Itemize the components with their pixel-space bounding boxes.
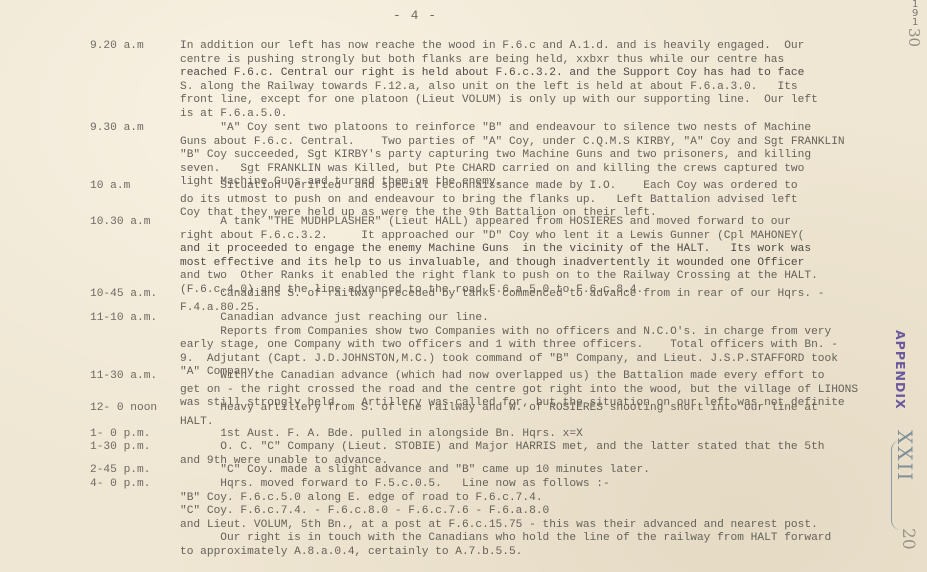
text-line: "B" Coy. F.6.c.5.0 along E. edge of road… xyxy=(180,492,870,506)
appendix-stamp: APPENDIX xyxy=(893,330,908,410)
entry-time: 4- 0 p.m. xyxy=(90,478,175,492)
entry-text: 1st Aust. F. A. Bde. pulled in alongside… xyxy=(180,428,870,442)
entry-time: 9.20 a.m xyxy=(90,40,175,54)
text-line: A tank "THE MUDHPLASHER" (Lieut HALL) ap… xyxy=(180,216,870,230)
text-line: right about F.6.c.3.2. It approached our… xyxy=(180,230,870,244)
text-line: Canadian advance just reaching our line. xyxy=(180,312,870,326)
text-line: early stage, one Company with two office… xyxy=(180,339,870,353)
folio-number: 30 xyxy=(905,28,923,47)
text-line: 1st Aust. F. A. Bde. pulled in alongside… xyxy=(180,428,870,442)
text-line: "C" Coy. made a slight advance and "B" c… xyxy=(180,464,870,478)
text-line: "B" Coy succeeded, Sgt KIRBY's party cap… xyxy=(180,149,870,163)
entry-text: Heavy artillery from S. of the railway a… xyxy=(180,402,870,429)
entry-text: Situation verified and special reconnais… xyxy=(180,180,870,221)
text-line: 9. Adjutant (Capt. J.D.JOHNSTON,M.C.) to… xyxy=(180,353,870,367)
entry-time: 1-30 p.m. xyxy=(90,441,175,455)
entry-text: A tank "THE MUDHPLASHER" (Lieut HALL) ap… xyxy=(180,216,870,298)
text-line: and two Other Ranks it enabled the right… xyxy=(180,270,870,284)
text-line: seven. Sgt FRANKLIN was Killed, but Pte … xyxy=(180,163,870,177)
text-line: reached F.6.c. Central our right is held… xyxy=(180,67,870,81)
page-number: - 4 - xyxy=(393,8,437,23)
text-line: O. C. "C" Company (Lieut. STOBIE) and Ma… xyxy=(180,441,870,455)
entry-time: 10.30 a.m xyxy=(90,216,175,230)
text-line: Hqrs. moved forward to F.5.c.0.5. Line n… xyxy=(180,478,870,492)
entry-time: 10 a.m xyxy=(90,180,175,194)
text-line: "C" Coy. F.6.c.7.4. - F.6.c.8.0 - F.6.c.… xyxy=(180,505,870,519)
entry-time: 1- 0 p.m. xyxy=(90,428,175,442)
text-line: centre is pushing strongly but both flan… xyxy=(180,54,870,68)
text-line: and Lieut. VOLUM, 5th Bn., at a post at … xyxy=(180,519,870,533)
text-line: get on - the right crossed the road and … xyxy=(180,384,870,398)
handwritten-page-mark: 20 xyxy=(898,528,918,550)
text-line: S. along the Railway towards F.12.a, als… xyxy=(180,81,870,95)
text-line: most effective and its help to us invalu… xyxy=(180,257,870,271)
entry-time: 10-45 a.m. xyxy=(90,288,175,302)
entry-time: 9.30 a.m xyxy=(90,122,175,136)
corner-marks: 1 9 1 xyxy=(912,0,918,27)
text-line: Situation verified and special reconnais… xyxy=(180,180,870,194)
text-line: do its utmost to push on and endeavour t… xyxy=(180,194,870,208)
entry-time: 12- 0 noon xyxy=(90,402,175,416)
text-line: Heavy artillery from S. of the railway a… xyxy=(180,402,870,416)
text-line: Our right is in touch with the Canadians… xyxy=(180,532,870,546)
text-line: and it proceeded to engage the enemy Mac… xyxy=(180,243,870,257)
handwritten-appendix-number: XXII xyxy=(893,430,917,482)
entry-text: Hqrs. moved forward to F.5.c.0.5. Line n… xyxy=(180,478,870,560)
text-line: is at F.6.a.5.0. xyxy=(180,108,870,122)
text-line: to approximately A.8.a.0.4, certainly to… xyxy=(180,546,870,560)
text-line: Guns about F.6.c. Central. Two parties o… xyxy=(180,136,870,150)
text-line: In addition our left has now reache the … xyxy=(180,40,870,54)
entry-time: 11-30 a.m. xyxy=(90,370,175,384)
entry-text: "C" Coy. made a slight advance and "B" c… xyxy=(180,464,870,478)
text-line: With the Canadian advance (which had now… xyxy=(180,370,870,384)
entry-text: In addition our left has now reache the … xyxy=(180,40,870,122)
entry-time: 2-45 p.m. xyxy=(90,464,175,478)
text-line: front line, except for one platoon (Lieu… xyxy=(180,94,870,108)
text-line: Reports from Companies show two Companie… xyxy=(180,326,870,340)
entry-time: 11-10 a.m. xyxy=(90,312,175,326)
text-line: "A" Coy sent two platoons to reinforce "… xyxy=(180,122,870,136)
text-line: Canadians S. of railway preceded by tank… xyxy=(180,288,870,302)
